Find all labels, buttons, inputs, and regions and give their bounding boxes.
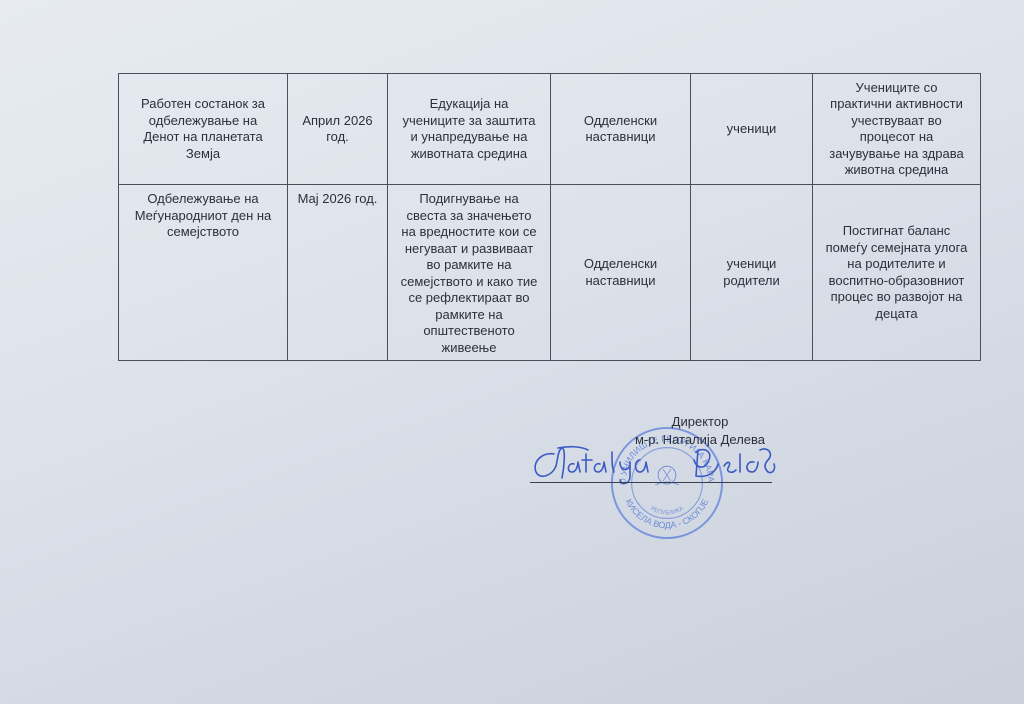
cell-text-line: ученици xyxy=(695,121,808,138)
cell-text-line: живеење xyxy=(392,340,546,357)
cell-text-line: Април 2026 xyxy=(292,113,383,130)
document-page: Работен состанок заодбележување наДенот … xyxy=(0,0,1024,704)
cell-text-line: Подигнување на xyxy=(392,191,546,208)
cell-participants: ученициродители xyxy=(691,185,813,361)
cell-text-line: одбележување на xyxy=(123,113,283,130)
cell-text-line: Одделенски xyxy=(555,256,686,273)
cell-goal: Едукација научениците за заштитаи унапре… xyxy=(388,74,551,185)
cell-text-line: животната средина xyxy=(392,146,546,163)
cell-text-line: зачувување на здрава xyxy=(817,146,976,163)
cell-text-line: се рефлектираат во xyxy=(392,290,546,307)
cell-text-line: Денот на планетата xyxy=(123,129,283,146)
cell-text-line: семејството и како тие xyxy=(392,274,546,291)
signature-block: ОСНОВНО УЧИЛИШТЕ ГЕОРГИЈА КАРАСЛАВОВА КИ… xyxy=(530,414,790,554)
signature-title: Директор xyxy=(530,414,790,429)
cell-text-line: семејството xyxy=(123,224,283,241)
cell-outcome: Постигнат баланспомеѓу семејната улогана… xyxy=(813,185,981,361)
cell-participants: ученици xyxy=(691,74,813,185)
cell-text-line: Мај 2026 год. xyxy=(292,191,383,208)
cell-time: Април 2026год. xyxy=(288,74,388,185)
cell-text-line: Одбележување на xyxy=(123,191,283,208)
cell-text-line: на вредностите кои се xyxy=(392,224,546,241)
cell-time: Мај 2026 год. xyxy=(288,185,388,361)
cell-text-line: општественото xyxy=(392,323,546,340)
cell-responsible: Одделенскинаставници xyxy=(551,185,691,361)
cell-text-line: помеѓу семејната улога xyxy=(817,240,976,257)
cell-text-line: Работен состанок за xyxy=(123,96,283,113)
table-row: Работен состанок заодбележување наДенот … xyxy=(119,74,981,185)
cell-text-line: учествуваат во xyxy=(817,113,976,130)
cell-outcome: Учениците сопрактични активностиучествув… xyxy=(813,74,981,185)
cell-activity: Работен состанок заодбележување наДенот … xyxy=(119,74,288,185)
cell-text-line: на родителите и xyxy=(817,256,976,273)
cell-text-line: Едукација на xyxy=(392,96,546,113)
cell-text-line: наставници xyxy=(555,129,686,146)
cell-responsible: Одделенскинаставници xyxy=(551,74,691,185)
activity-plan-table: Работен состанок заодбележување наДенот … xyxy=(118,73,981,361)
signature-line xyxy=(530,482,772,483)
cell-text-line: Земја xyxy=(123,146,283,163)
cell-text-line: ученици xyxy=(695,256,808,273)
cell-text-line: Одделенски xyxy=(555,113,686,130)
cell-text-line: учениците за заштита xyxy=(392,113,546,130)
cell-text-line: Постигнат баланс xyxy=(817,223,976,240)
cell-text-line: родители xyxy=(695,273,808,290)
cell-text-line: практични активности xyxy=(817,96,976,113)
table-row: Одбележување наМеѓународниот ден насемеј… xyxy=(119,185,981,361)
cell-text-line: процес во развојот на xyxy=(817,289,976,306)
cell-text-line: и унапредување на xyxy=(392,129,546,146)
cell-text-line: Учениците со xyxy=(817,80,976,97)
cell-text-line: воспитно-образовниот xyxy=(817,273,976,290)
svg-text:РЕПУБЛИКА: РЕПУБЛИКА xyxy=(649,506,684,517)
cell-text-line: негуваат и развиваат xyxy=(392,241,546,258)
cell-text-line: рамките на xyxy=(392,307,546,324)
cell-text-line: во рамките на xyxy=(392,257,546,274)
cell-goal: Подигнување насвеста за значењетона вред… xyxy=(388,185,551,361)
cell-text-line: животна средина xyxy=(817,162,976,179)
cell-text-line: наставници xyxy=(555,273,686,290)
cell-text-line: процесот на xyxy=(817,129,976,146)
cell-text-line: Меѓународниот ден на xyxy=(123,208,283,225)
cell-text-line: год. xyxy=(292,129,383,146)
cell-text-line: свеста за значењето xyxy=(392,208,546,225)
cell-activity: Одбележување наМеѓународниот ден насемеј… xyxy=(119,185,288,361)
handwritten-signature-icon xyxy=(528,438,778,488)
cell-text-line: децата xyxy=(817,306,976,323)
